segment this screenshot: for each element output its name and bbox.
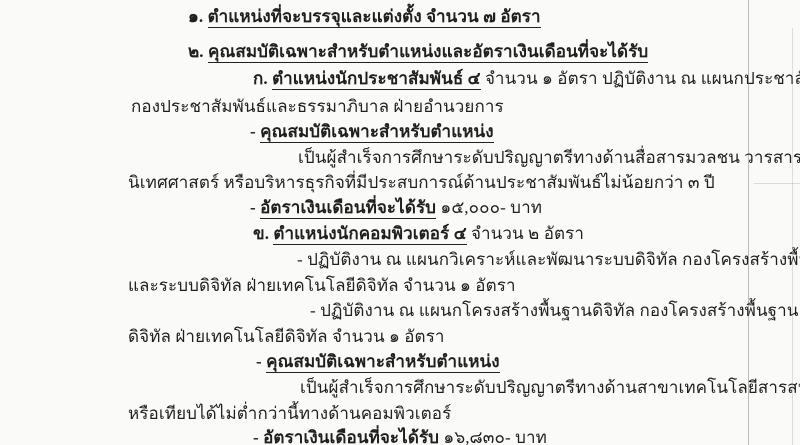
- doc-line: และระบบดิจิทัล ฝ่ายเทคโนโลยีดิจิทัล จำนว…: [128, 275, 516, 296]
- line-text: - ปฏิบัติงาน ณ แผนกวิเคราะห์และพัฒนาระบบ…: [297, 250, 800, 269]
- doc-line: - ปฏิบัติงาน ณ แผนกโครงสร้างพื้นฐานดิจิท…: [310, 300, 800, 321]
- line-text: ๑๕,๐๐๐- บาท: [436, 198, 542, 217]
- line-underlined-text: ตำแหน่งนักประชาสัมพันธ์ ๔: [272, 69, 481, 90]
- document-page: ๑. ตำแหน่งที่จะบรรจุและแต่งตั้ง จำนวน ๗ …: [0, 0, 800, 445]
- line-prefix: ก.: [253, 69, 272, 88]
- line-underlined-text: ตำแหน่งนักคอมพิวเตอร์ ๔: [273, 224, 466, 245]
- line-underlined-text: ตำแหน่งที่จะบรรจุและแต่งตั้ง จำนวน ๗ อัต…: [208, 7, 541, 28]
- line-prefix: -: [253, 428, 263, 445]
- doc-line: - อัตราเงินเดือนที่จะได้รับ ๑๖,๘๓๐- บาท: [253, 427, 547, 445]
- line-prefix: ๑.: [188, 7, 208, 26]
- line-underlined-text: คุณสมบัติเฉพาะสำหรับตำแหน่ง: [266, 352, 500, 373]
- doc-line: ข. ตำแหน่งนักคอมพิวเตอร์ ๔ จำนวน ๒ อัตรา: [253, 223, 584, 244]
- line-prefix: ๒.: [188, 42, 208, 61]
- line-text: กองประชาสัมพันธ์และธรรมาภิบาล ฝ่ายอำนวยก…: [131, 97, 504, 116]
- doc-line: - ปฏิบัติงาน ณ แผนกวิเคราะห์และพัฒนาระบบ…: [297, 249, 800, 270]
- line-prefix: ข.: [253, 224, 273, 243]
- doc-line: หรือเทียบได้ไม่ต่ำกว่านี้ทางด้านคอมพิวเต…: [128, 403, 451, 424]
- doc-line: - คุณสมบัติเฉพาะสำหรับตำแหน่ง: [256, 351, 500, 372]
- doc-line: ๑. ตำแหน่งที่จะบรรจุและแต่งตั้ง จำนวน ๗ …: [188, 6, 541, 27]
- line-prefix: -: [250, 198, 260, 217]
- doc-line: ดิจิทัล ฝ่ายเทคโนโลยีดิจิทัล จำนวน ๑ อัต…: [128, 326, 445, 347]
- line-text: - ปฏิบัติงาน ณ แผนกโครงสร้างพื้นฐานดิจิท…: [310, 301, 800, 320]
- line-underlined-text: คุณสมบัติเฉพาะสำหรับตำแหน่งและอัตราเงินเ…: [208, 42, 648, 63]
- doc-line: ก. ตำแหน่งนักประชาสัมพันธ์ ๔ จำนวน ๑ อัต…: [253, 68, 800, 89]
- line-prefix: -: [256, 352, 266, 371]
- doc-line: - คุณสมบัติเฉพาะสำหรับตำแหน่ง: [250, 121, 494, 142]
- scan-artifact-vertical-line: [792, 28, 793, 445]
- line-text: เป็นผู้สำเร็จการศึกษาระดับปริญญาตรีทางด้…: [298, 148, 800, 167]
- line-text: และระบบดิจิทัล ฝ่ายเทคโนโลยีดิจิทัล จำนว…: [128, 276, 516, 295]
- doc-line: กองประชาสัมพันธ์และธรรมาภิบาล ฝ่ายอำนวยก…: [131, 96, 504, 117]
- scan-artifact-vertical-line: [748, 0, 749, 445]
- line-text: จำนวน ๒ อัตรา: [467, 224, 584, 243]
- line-text: ๑๖,๘๓๐- บาท: [439, 428, 547, 445]
- line-prefix: -: [250, 122, 260, 141]
- line-text: จำนวน ๑ อัตรา ปฏิบัติงาน ณ แผนกประชาสัมพ…: [481, 69, 800, 88]
- scan-artifact-horizontal-line: [754, 183, 800, 184]
- line-text: หรือเทียบได้ไม่ต่ำกว่านี้ทางด้านคอมพิวเต…: [128, 404, 451, 423]
- line-underlined-text: คุณสมบัติเฉพาะสำหรับตำแหน่ง: [260, 122, 494, 143]
- doc-line: - อัตราเงินเดือนที่จะได้รับ ๑๕,๐๐๐- บาท: [250, 197, 542, 218]
- doc-line: เป็นผู้สำเร็จการศึกษาระดับปริญญาตรีทางด้…: [298, 147, 800, 168]
- line-text: ดิจิทัล ฝ่ายเทคโนโลยีดิจิทัล จำนวน ๑ อัต…: [128, 327, 445, 346]
- doc-line: เป็นผู้สำเร็จการศึกษาระดับปริญญาตรีทางด้…: [300, 377, 800, 398]
- line-underlined-text: อัตราเงินเดือนที่จะได้รับ: [260, 198, 436, 219]
- line-underlined-text: อัตราเงินเดือนที่จะได้รับ: [263, 428, 439, 445]
- line-text: เป็นผู้สำเร็จการศึกษาระดับปริญญาตรีทางด้…: [300, 378, 800, 397]
- doc-line: นิเทศศาสตร์ หรือบริหารธุรกิจที่มีประสบกา…: [128, 172, 715, 193]
- line-text: นิเทศศาสตร์ หรือบริหารธุรกิจที่มีประสบกา…: [128, 173, 715, 192]
- doc-line: ๒. คุณสมบัติเฉพาะสำหรับตำแหน่งและอัตราเง…: [188, 41, 648, 62]
